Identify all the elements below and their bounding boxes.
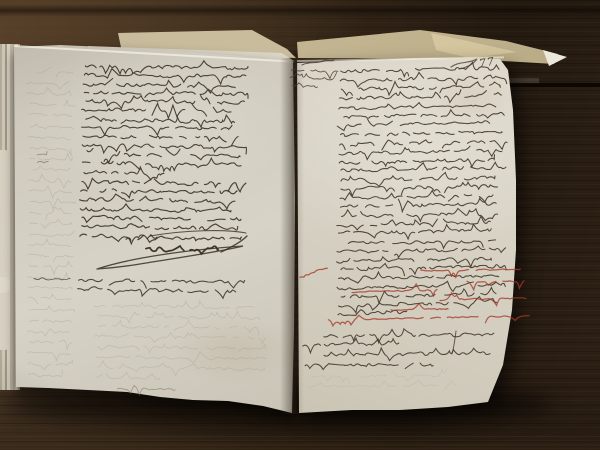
gutter-shadow [280, 58, 304, 414]
folio-number: 77 [478, 55, 496, 70]
manuscript-photo: 77 [0, 0, 600, 450]
